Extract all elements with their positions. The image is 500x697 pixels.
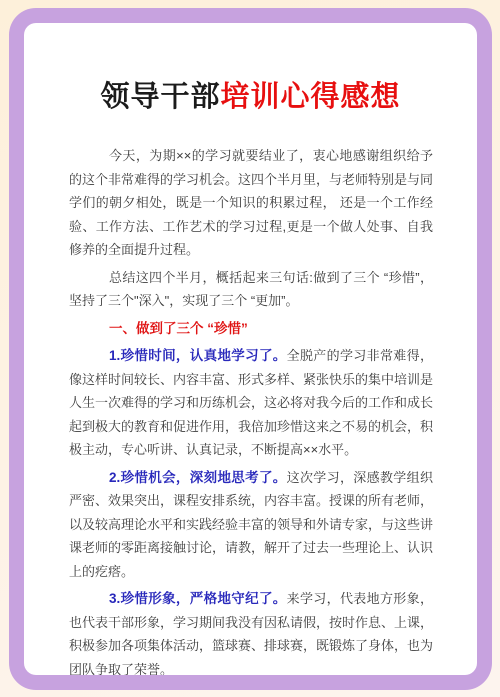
page-title: 领导干部培训心得感想 <box>24 79 477 115</box>
paragraph-item-3: 3.珍惜形象，严格地守纪了。来学习，代表地方形象，也代表干部形象，学习期间我没有… <box>69 587 433 675</box>
page-background: 领导干部培训心得感想 今天，为期××的学习就要结业了，衷心地感谢组织给予的这个非… <box>0 0 500 697</box>
paragraph-item-1: 1.珍惜时间，认真地学习了。全脱产的学习非常难得，像这样时间较长、内容丰富、形式… <box>69 344 433 462</box>
essay-body: 今天，为期××的学习就要结业了，衷心地感谢组织给予的这个非常难得的学习机会。这四… <box>69 144 433 675</box>
title-prefix: 领导干部 <box>100 81 220 113</box>
item-2-body: 这次学习，深感教学组织严密、效果突出，课程安排系统，内容丰富。授课的所有老师，以… <box>69 470 433 579</box>
paragraph-summary: 总结这四个半月，概括起来三句话:做到了三个 “珍惜”，坚持了三个"深入"，实现了… <box>69 266 433 313</box>
title-highlight: 培训心得感想 <box>221 81 401 113</box>
paragraph-item-2: 2.珍惜机会，深刻地思考了。这次学习，深感教学组织严密、效果突出，课程安排系统，… <box>69 466 433 584</box>
section-heading: 一、做到了三个 “珍惜” <box>69 317 433 341</box>
purple-frame: 领导干部培训心得感想 今天，为期××的学习就要结业了，衷心地感谢组织给予的这个非… <box>9 8 492 690</box>
item-1-lead: 1.珍惜时间，认真地学习了。 <box>109 348 287 363</box>
item-3-lead: 3.珍惜形象，严格地守纪了。 <box>109 591 287 606</box>
item-1-body: 全脱产的学习非常难得，像这样时间较长、内容丰富、形式多样、紧张快乐的集中培训是人… <box>69 348 433 457</box>
paragraph-intro: 今天，为期××的学习就要结业了，衷心地感谢组织给予的这个非常难得的学习机会。这四… <box>69 144 433 262</box>
item-2-lead: 2.珍惜机会，深刻地思考了。 <box>109 470 287 485</box>
content-card: 领导干部培训心得感想 今天，为期××的学习就要结业了，衷心地感谢组织给予的这个非… <box>24 23 477 675</box>
